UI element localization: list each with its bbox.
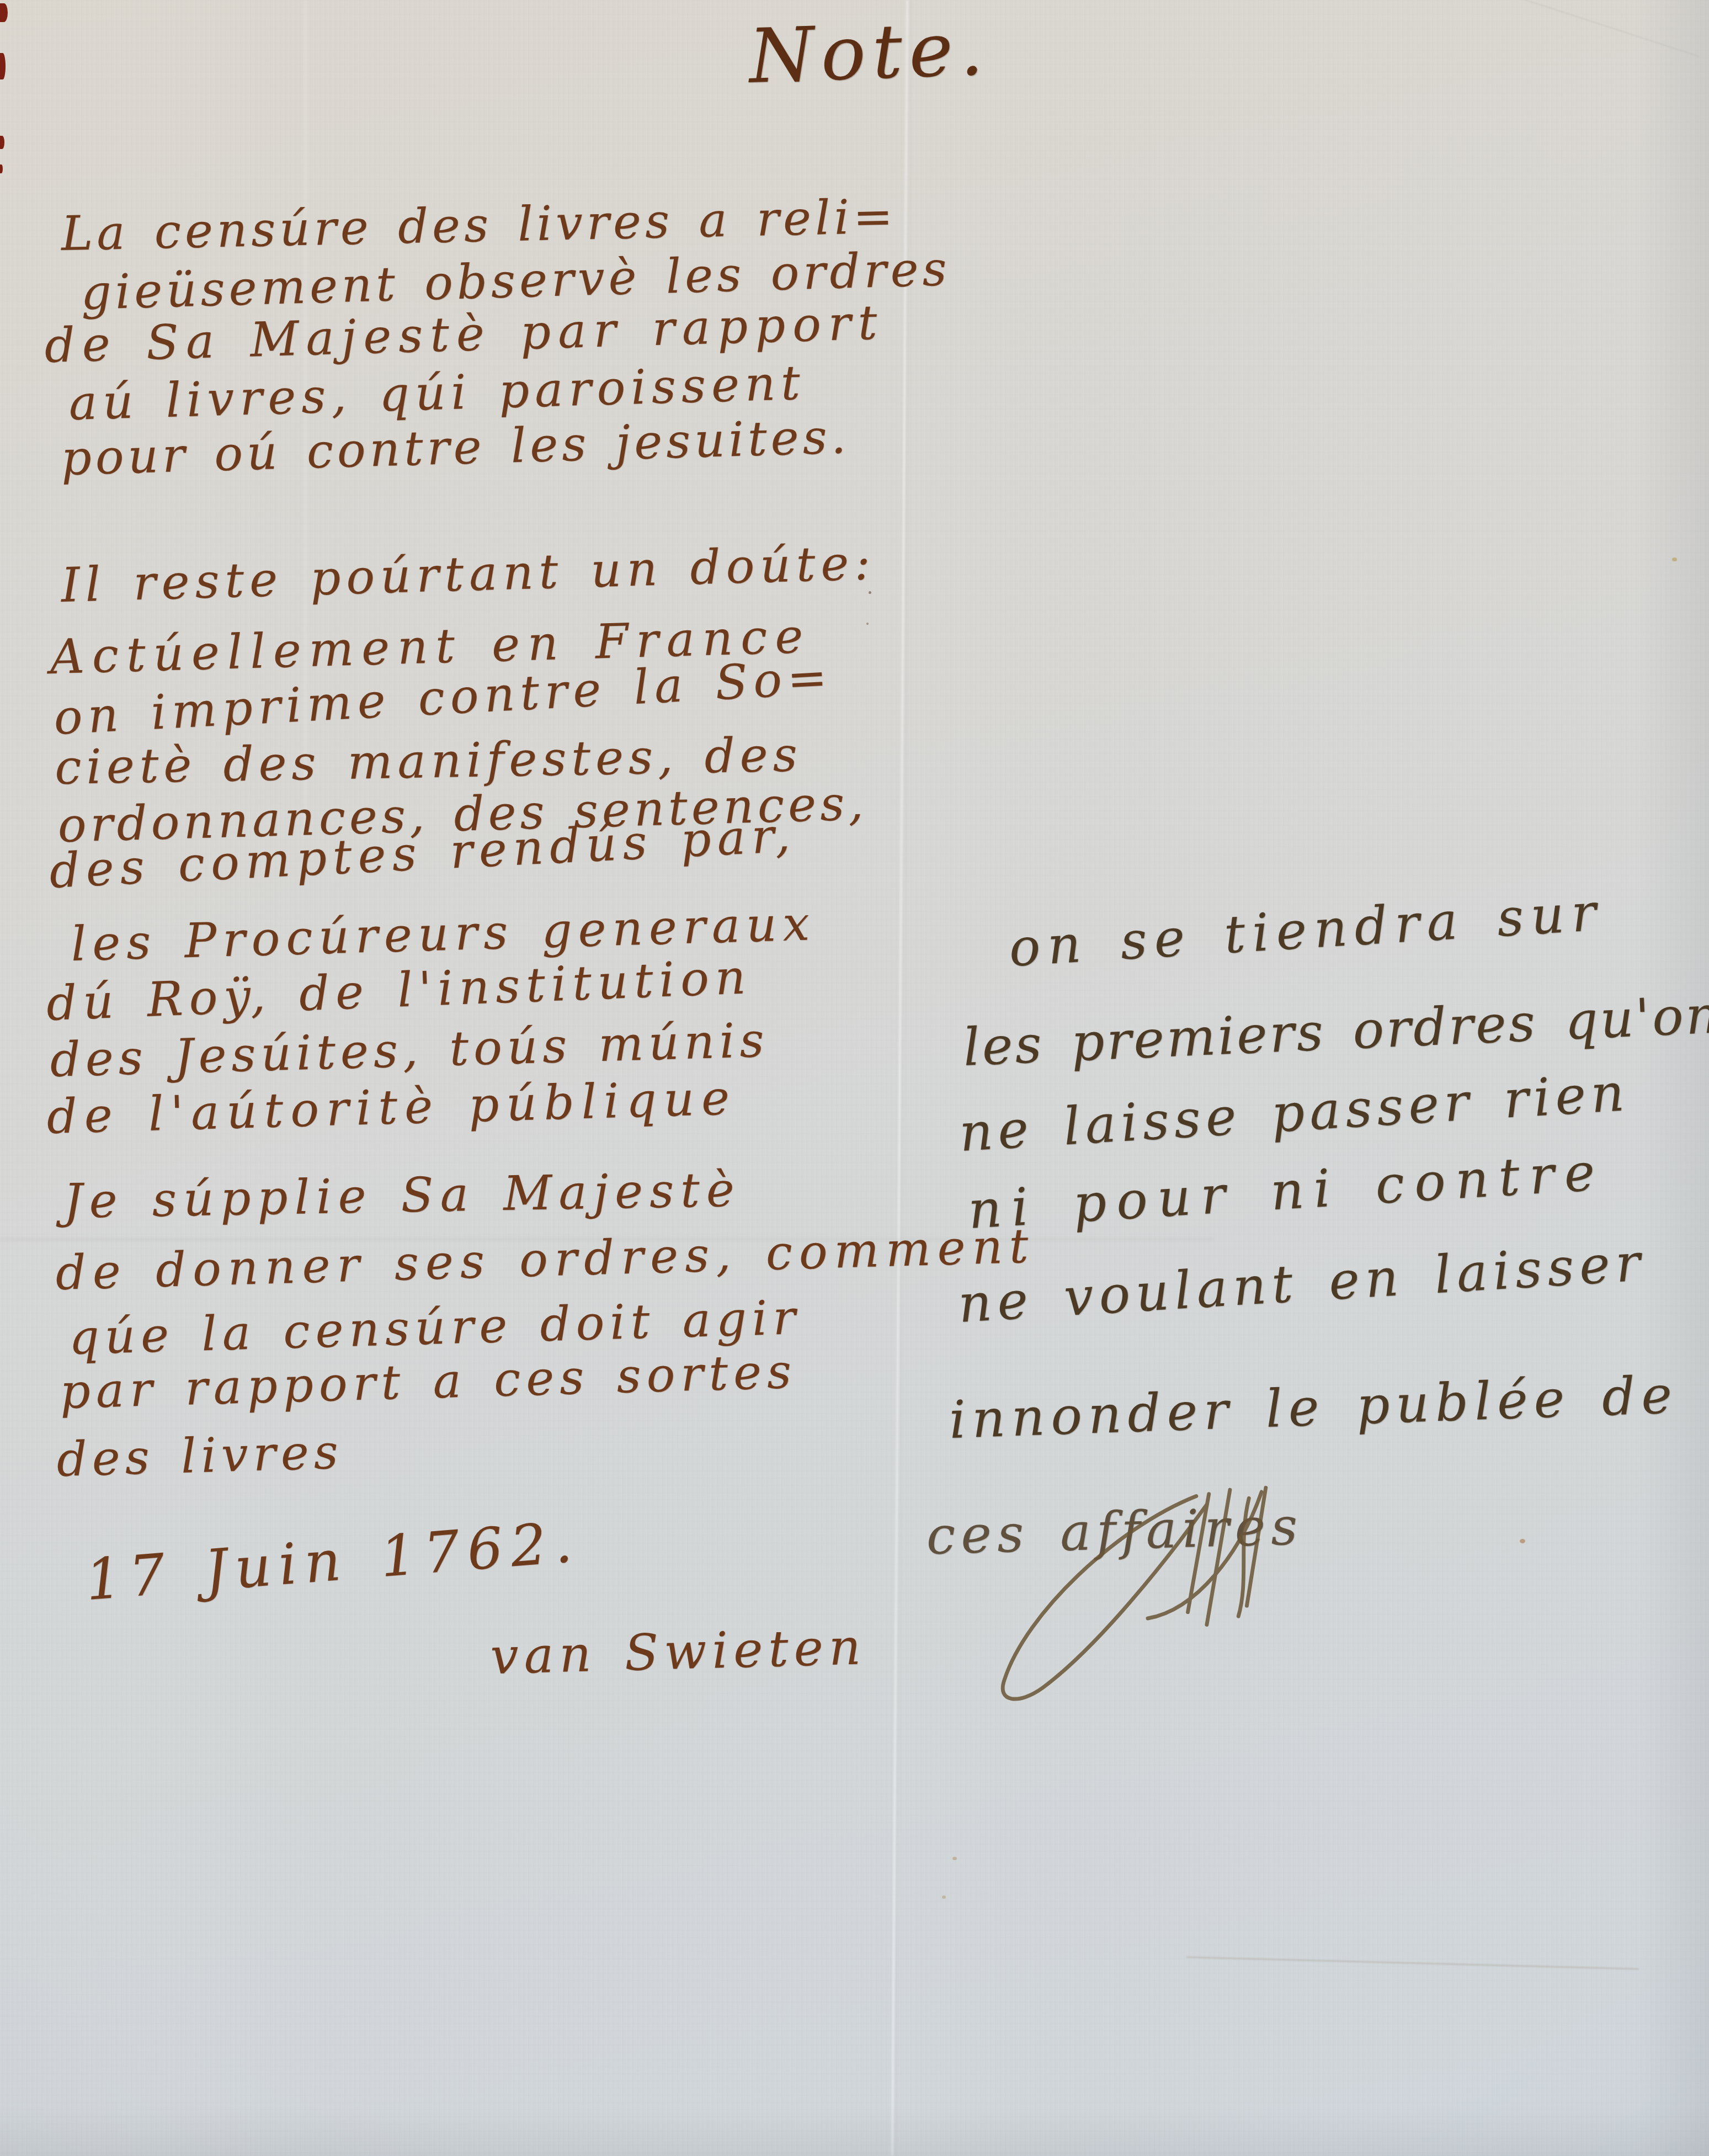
paper-stain [1672, 557, 1677, 561]
diagonal-crease-top-right [1457, 0, 1699, 57]
page-edge-mark [0, 53, 6, 79]
wavy-crease-bottom-right [1186, 1956, 1639, 1969]
royal-monogram-paraph [988, 1479, 1308, 1711]
paper-stain [952, 1857, 957, 1860]
paper-stain [942, 1895, 946, 1899]
signature-line: van Swieten [489, 1618, 867, 1685]
manuscript-line: Je súpplie Sa Majestè [63, 1163, 741, 1229]
note-title: Note. [748, 6, 992, 99]
bottom-edge-shading [0, 2106, 1709, 2156]
ink-speck [869, 591, 871, 594]
page-edge-mark [0, 164, 3, 173]
annotation-line: on se tiendra sur [1007, 883, 1605, 979]
annotation-line: innonder le publée de [948, 1366, 1679, 1451]
right-edge-shading [1637, 0, 1709, 2156]
manuscript-line: Il reste poúrtant un doúte: [60, 536, 876, 613]
date-line: 17 Juin 1762. [83, 1510, 582, 1613]
vertical-fold-crease [891, 0, 908, 2156]
paper-stain [1520, 1539, 1525, 1543]
annotation-line: ne voulant en laisser [956, 1233, 1647, 1335]
manuscript-line: des livres [56, 1425, 344, 1488]
manuscript-line: de donner ses ordres, comment [55, 1219, 1035, 1300]
page-edge-mark [0, 136, 4, 149]
page-edge-mark [0, 3, 8, 22]
ink-speck [866, 623, 869, 625]
manuscript-photo: Note. La censúre des livres a reli= gieü… [0, 0, 1709, 2156]
